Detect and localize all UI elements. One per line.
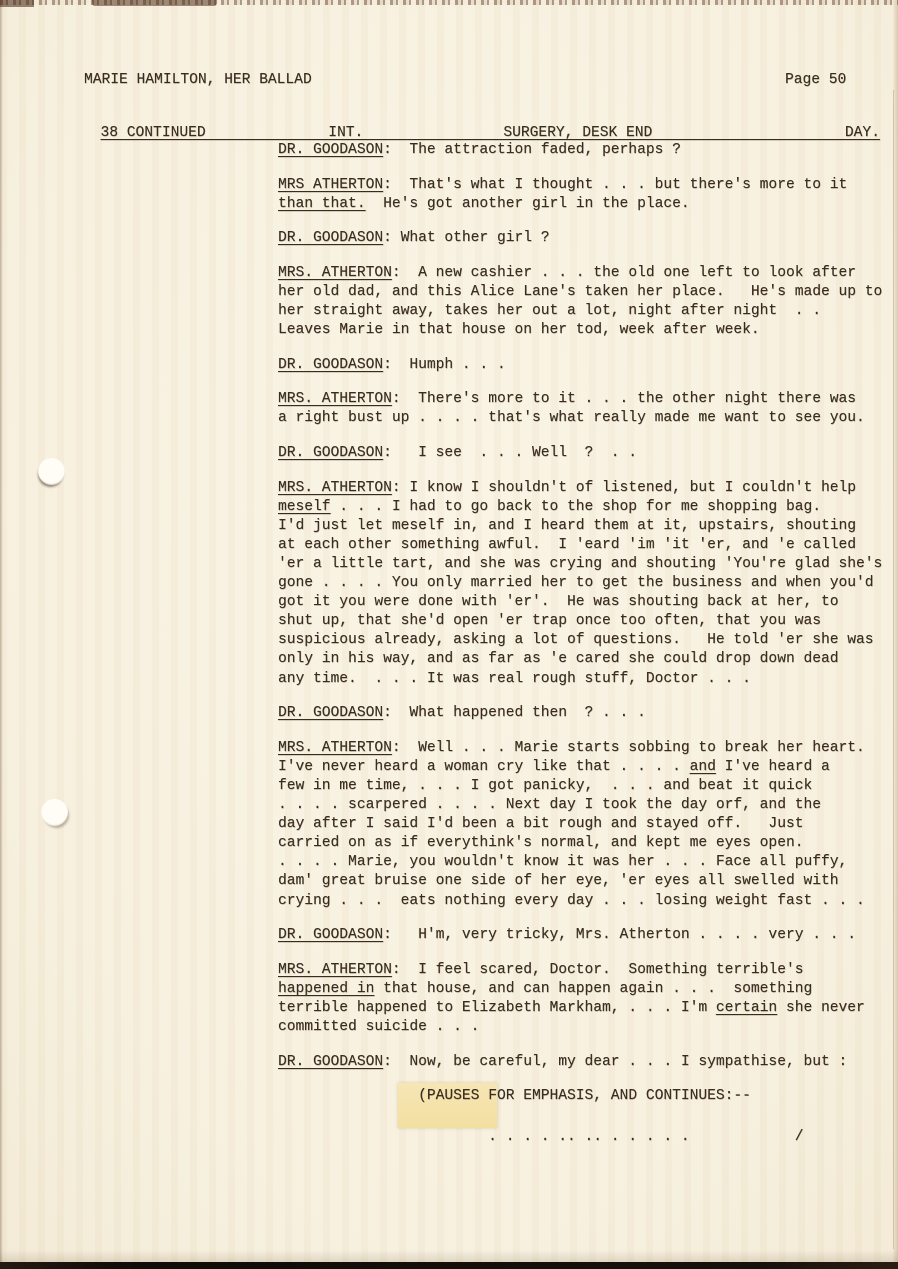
dialogue-block: MRS. ATHERTON: I know I shouldn't of lis… xyxy=(278,479,894,689)
text-segment: she never xyxy=(777,1000,865,1016)
stage-block: (PAUSES FOR EMPHASIS, AND CONTINUES:-- xyxy=(278,1087,894,1106)
script-line: (PAUSES FOR EMPHASIS, AND CONTINUES:-- xyxy=(278,1087,894,1106)
script-line: shut up, that she'd open 'er trap once t… xyxy=(278,612,894,631)
script-line: happened in that house, and can happen a… xyxy=(278,980,894,999)
script-line: only in his way, and as far as 'e cared … xyxy=(278,650,894,669)
dialogue-block: MRS. ATHERTON: Well . . . Marie starts s… xyxy=(278,739,894,911)
text-segment: : There's more to it . . . the other nig… xyxy=(392,391,856,407)
text-segment: and xyxy=(690,759,716,775)
text-segment: crying . . . eats nothing every day . . … xyxy=(278,893,865,909)
punch-hole xyxy=(38,458,65,485)
script-line: few in me time, . . . I got panicky, . .… xyxy=(278,777,894,796)
text-segment: terrible happened to Elizabeth Markham, … xyxy=(278,1000,716,1016)
script-line: Leaves Marie in that house on her tod, w… xyxy=(278,321,894,340)
script-line: DR. GOODASON: What happened then ? . . . xyxy=(278,704,894,723)
text-segment: He's got another girl in the place. xyxy=(366,196,690,212)
script-line: DR. GOODASON: The attraction faded, perh… xyxy=(278,141,894,160)
speaker-name: DR. GOODASON xyxy=(278,142,383,158)
text-segment: : Now, be careful, my dear . . . I sympa… xyxy=(383,1054,847,1070)
text-segment: shut up, that she'd open 'er trap once t… xyxy=(278,613,821,629)
dialogue-block: DR. GOODASON: H'm, very tricky, Mrs. Ath… xyxy=(278,926,894,945)
script-line: . . . . Marie, you wouldn't know it was … xyxy=(278,853,894,872)
speaker-name: MRS. ATHERTON xyxy=(278,265,392,281)
script-line: 'er a little tart, and she was crying an… xyxy=(278,555,894,574)
text-segment: . . . I had to go back to the shop for m… xyxy=(331,499,821,515)
text-segment: : A new cashier . . . the old one left t… xyxy=(392,265,856,281)
scan-edge-bottom xyxy=(0,1262,898,1269)
dialogue-block: MRS. ATHERTON: A new cashier . . . the o… xyxy=(278,264,894,340)
script-line: DR. GOODASON: Humph . . . xyxy=(278,356,894,375)
text-segment: I've heard a xyxy=(716,759,830,775)
text-segment: FOR EMPHASIS, AND CONTINUES:-- xyxy=(479,1088,751,1104)
text-segment: than that. xyxy=(278,196,366,212)
scan-blemish xyxy=(0,0,34,7)
dialogue-block: MRS ATHERTON: That's what I thought . . … xyxy=(278,176,894,214)
text-segment: gone . . . . You only married her to get… xyxy=(278,575,874,591)
scan-edge-left xyxy=(0,0,3,1269)
text-segment: happened in xyxy=(278,981,374,997)
script-line: any time. . . . It was real rough stuff,… xyxy=(278,670,894,689)
dialogue-block: DR. GOODASON: What happened then ? . . . xyxy=(278,704,894,723)
script-line: her old dad, and this Alice Lane's taken… xyxy=(278,283,894,302)
text-segment: : H'm, very tricky, Mrs. Atherton . . . … xyxy=(383,927,856,943)
text-segment xyxy=(278,1088,418,1104)
text-segment: : Well . . . Marie starts sobbing to bre… xyxy=(392,740,865,756)
speaker-name: MRS. ATHERTON xyxy=(278,391,392,407)
text-segment: that house, and can happen again . . . s… xyxy=(374,981,812,997)
text-segment: day after I said I'd been a bit rough an… xyxy=(278,816,803,832)
script-line: dam' great bruise one side of her eye, '… xyxy=(278,872,894,891)
speaker-name: MRS ATHERTON xyxy=(278,177,383,193)
text-segment: a right bust up . . . . that's what real… xyxy=(278,410,865,426)
script-line: meself . . . I had to go back to the sho… xyxy=(278,498,894,517)
script-line: I've never heard a woman cry like that .… xyxy=(278,758,894,777)
page-number: Page 50 xyxy=(785,71,846,90)
speaker-name: DR. GOODASON xyxy=(278,705,383,721)
script-line: at each other something awful. I 'eard '… xyxy=(278,536,894,555)
script-line: got it you were done with 'er'. He was s… xyxy=(278,593,894,612)
speaker-name: MRS. ATHERTON xyxy=(278,480,392,496)
text-segment: at each other something awful. I 'eard '… xyxy=(278,537,856,553)
text-segment: any time. . . . It was real rough stuff,… xyxy=(278,671,751,687)
dialogue-block: DR. GOODASON: I see . . . Well ? . . xyxy=(278,444,894,463)
speaker-name: DR. GOODASON xyxy=(278,927,383,943)
scan-edge-shadow xyxy=(0,1250,898,1262)
text-segment: . . . . .. .. . . . . . / xyxy=(278,1129,803,1145)
text-segment: Leaves Marie in that house on her tod, w… xyxy=(278,322,760,338)
text-segment: carried on as if everythink's normal, an… xyxy=(278,835,803,851)
text-segment: her old dad, and this Alice Lane's taken… xyxy=(278,284,882,300)
script-line: MRS ATHERTON: That's what I thought . . … xyxy=(278,176,894,195)
text-segment: dam' great bruise one side of her eye, '… xyxy=(278,873,839,889)
text-segment: : I feel scared, Doctor. Something terri… xyxy=(392,962,804,978)
speaker-name: MRS. ATHERTON xyxy=(278,740,392,756)
script-line: MRS. ATHERTON: I feel scared, Doctor. So… xyxy=(278,961,894,980)
script-line: suspicious already, asking a lot of ques… xyxy=(278,631,894,650)
script-line: MRS. ATHERTON: I know I shouldn't of lis… xyxy=(278,479,894,498)
speaker-name: DR. GOODASON xyxy=(278,230,383,246)
text-segment: : What happened then ? . . . xyxy=(383,705,646,721)
dialogue-block: DR. GOODASON: Humph . . . xyxy=(278,356,894,375)
text-segment: 'er a little tart, and she was crying an… xyxy=(278,556,882,572)
text-segment: few in me time, . . . I got panicky, . .… xyxy=(278,778,812,794)
dialogue-block: MRS. ATHERTON: There's more to it . . . … xyxy=(278,390,894,428)
scene-heading: 38 CONTINUED INT. SURGERY, DESK END DAY. xyxy=(83,105,880,143)
dialogue-block: DR. GOODASON: Now, be careful, my dear .… xyxy=(278,1053,894,1072)
punch-hole xyxy=(41,799,68,826)
script-line: . . . . scarpered . . . . Next day I too… xyxy=(278,796,894,815)
text-segment: : What other girl ? xyxy=(383,230,549,246)
script-line: MRS. ATHERTON: Well . . . Marie starts s… xyxy=(278,739,894,758)
script-line: MRS. ATHERTON: A new cashier . . . the o… xyxy=(278,264,894,283)
text-segment: certain xyxy=(716,1000,777,1016)
scan-blemish xyxy=(92,0,217,6)
text-segment: : Humph . . . xyxy=(383,357,506,373)
script-column: DR. GOODASON: The attraction faded, perh… xyxy=(278,141,894,1163)
document-title: MARIE HAMILTON, HER BALLAD xyxy=(84,71,312,90)
script-line: committed suicide . . . xyxy=(278,1018,894,1037)
speaker-name: DR. GOODASON xyxy=(278,357,383,373)
script-line: a right bust up . . . . that's what real… xyxy=(278,409,894,428)
text-segment: : That's what I thought . . . but there'… xyxy=(383,177,847,193)
text-segment: : I see . . . Well ? . . xyxy=(383,445,637,461)
script-line: than that. He's got another girl in the … xyxy=(278,195,894,214)
dialogue-block: DR. GOODASON: The attraction faded, perh… xyxy=(278,141,894,160)
dialogue-block: DR. GOODASON: What other girl ? xyxy=(278,229,894,248)
omission-block: . . . . .. .. . . . . . / xyxy=(278,1128,894,1147)
script-line: MRS. ATHERTON: There's more to it . . . … xyxy=(278,390,894,409)
text-segment: : I know I shouldn't of listened, but I … xyxy=(392,480,856,496)
dialogue-block: MRS. ATHERTON: I feel scared, Doctor. So… xyxy=(278,961,894,1037)
text-segment: : The attraction faded, perhaps ? xyxy=(383,142,681,158)
text-segment: only in his way, and as far as 'e cared … xyxy=(278,651,839,667)
text-segment: meself xyxy=(278,499,331,515)
text-segment: her straight away, takes her out a lot, … xyxy=(278,303,821,319)
speaker-name: DR. GOODASON xyxy=(278,1054,383,1070)
script-line: I'd just let meself in, and I heard them… xyxy=(278,517,894,536)
highlighted-word: (PAUSES xyxy=(418,1088,479,1104)
script-line: DR. GOODASON: I see . . . Well ? . . xyxy=(278,444,894,463)
scene-heading-text: 38 CONTINUED INT. SURGERY, DESK END DAY. xyxy=(101,125,880,141)
script-line: day after I said I'd been a bit rough an… xyxy=(278,815,894,834)
script-line: . . . . .. .. . . . . . / xyxy=(278,1128,894,1147)
script-line: gone . . . . You only married her to get… xyxy=(278,574,894,593)
text-segment: I'd just let meself in, and I heard them… xyxy=(278,518,856,534)
text-segment: committed suicide . . . xyxy=(278,1019,479,1035)
speaker-name: MRS. ATHERTON xyxy=(278,962,392,978)
text-segment: I've never heard a woman cry like that .… xyxy=(278,759,690,775)
speaker-name: DR. GOODASON xyxy=(278,445,383,461)
script-line: carried on as if everythink's normal, an… xyxy=(278,834,894,853)
script-line: terrible happened to Elizabeth Markham, … xyxy=(278,999,894,1018)
script-line: her straight away, takes her out a lot, … xyxy=(278,302,894,321)
text-segment: got it you were done with 'er'. He was s… xyxy=(278,594,839,610)
script-line: DR. GOODASON: Now, be careful, my dear .… xyxy=(278,1053,894,1072)
script-line: crying . . . eats nothing every day . . … xyxy=(278,892,894,911)
text-segment: suspicious already, asking a lot of ques… xyxy=(278,632,874,648)
script-line: DR. GOODASON: What other girl ? xyxy=(278,229,894,248)
text-segment: . . . . Marie, you wouldn't know it was … xyxy=(278,854,847,870)
text-segment: . . . . scarpered . . . . Next day I too… xyxy=(278,797,821,813)
script-line: DR. GOODASON: H'm, very tricky, Mrs. Ath… xyxy=(278,926,894,945)
